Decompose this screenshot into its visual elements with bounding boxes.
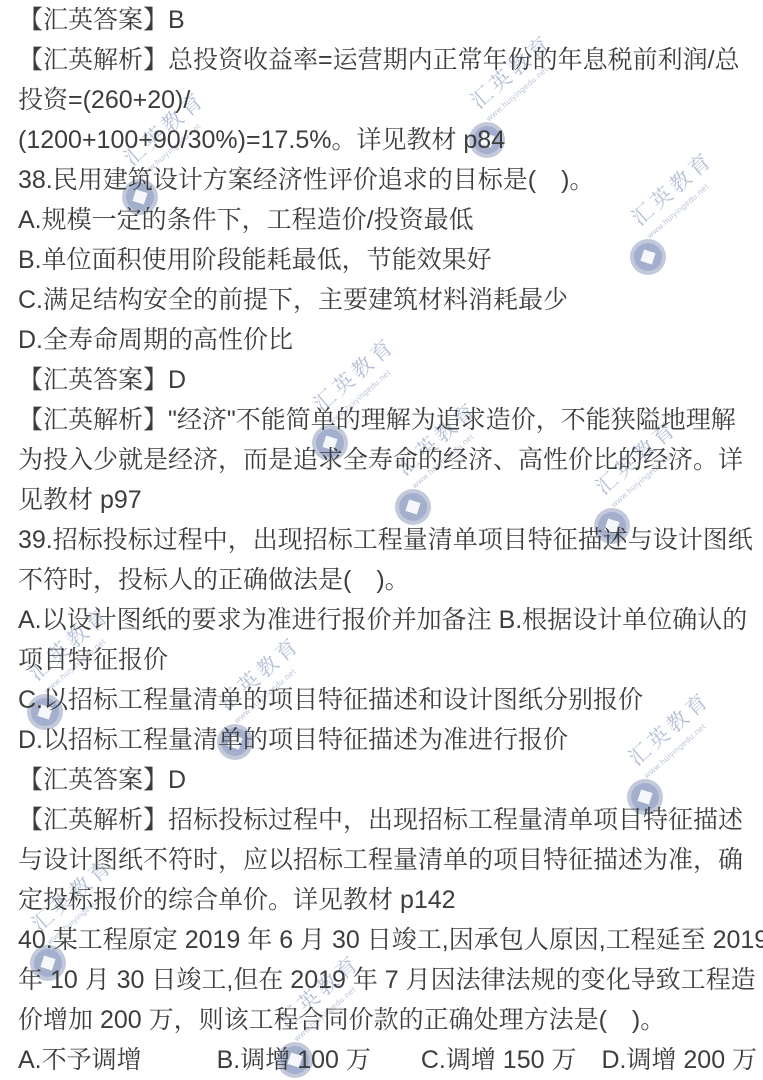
- q38-answer: 【汇英答案】D: [18, 360, 763, 400]
- q39-option-a-b: A.以设计图纸的要求为准进行报价并加备注 B.根据设计单位确认的: [18, 600, 763, 640]
- q39-explanation-1: 【汇英解析】招标投标过程中，出现招标工程量清单项目特征描述: [18, 800, 763, 840]
- question-40-3: 价增加 200 万，则该工程合同价款的正确处理方法是( )。: [18, 1000, 763, 1040]
- q40-options: A.不予调增 B.调增 100 万 C.调增 150 万 D.调增 200 万: [18, 1040, 763, 1080]
- q38-explanation-2: 为投入少就是经济，而是追求全寿命的经济、高性价比的经济。详: [18, 440, 763, 480]
- question-40-1: 40.某工程原定 2019 年 6 月 30 日竣工,因承包人原因,工程延至 2…: [18, 920, 763, 960]
- answer-prev: 【汇英答案】B: [18, 0, 763, 40]
- explanation-prev-1: 【汇英解析】总投资收益率=运营期内正常年份的年息税前利润/总: [18, 40, 763, 80]
- q39-explanation-2: 与设计图纸不符时，应以招标工程量清单的项目特征描述为准，确: [18, 840, 763, 880]
- document-content: 【汇英答案】B【汇英解析】总投资收益率=运营期内正常年份的年息税前利润/总投资=…: [0, 0, 763, 1080]
- q39-answer: 【汇英答案】D: [18, 760, 763, 800]
- question-39-2: 不符时，投标人的正确做法是( )。: [18, 560, 763, 600]
- question-40-2: 年 10 月 30 日竣工,但在 2019 年 7 月因法律法规的变化导致工程造: [18, 960, 763, 1000]
- q39-option-b-cont: 项目特征报价: [18, 640, 763, 680]
- q38-explanation-3: 见教材 p97: [18, 480, 763, 520]
- q38-option-c: C.满足结构安全的前提下，主要建筑材料消耗最少: [18, 280, 763, 320]
- q39-option-d: D.以招标工程量清单的项目特征描述为准进行报价: [18, 720, 763, 760]
- question-38: 38.民用建筑设计方案经济性评价追求的目标是( )。: [18, 160, 763, 200]
- q38-explanation-1: 【汇英解析】"经济"不能简单的理解为追求造价，不能狭隘地理解: [18, 400, 763, 440]
- question-39-1: 39.招标投标过程中，出现招标工程量清单项目特征描述与设计图纸: [18, 520, 763, 560]
- q39-option-c: C.以招标工程量清单的项目特征描述和设计图纸分别报价: [18, 680, 763, 720]
- q38-option-a: A.规模一定的条件下，工程造价/投资最低: [18, 200, 763, 240]
- q38-option-d: D.全寿命周期的高性价比: [18, 320, 763, 360]
- explanation-prev-2: 投资=(260+20)/: [18, 80, 763, 120]
- q39-explanation-3: 定投标报价的综合单价。详见教材 p142: [18, 880, 763, 920]
- q38-option-b: B.单位面积使用阶段能耗最低，节能效果好: [18, 240, 763, 280]
- exam-answer-document: 汇英教育www.huiyingedu.net汇英教育www.huiyingedu…: [0, 0, 763, 1080]
- explanation-prev-3: (1200+100+90/30%)=17.5%。详见教材 p84: [18, 120, 763, 160]
